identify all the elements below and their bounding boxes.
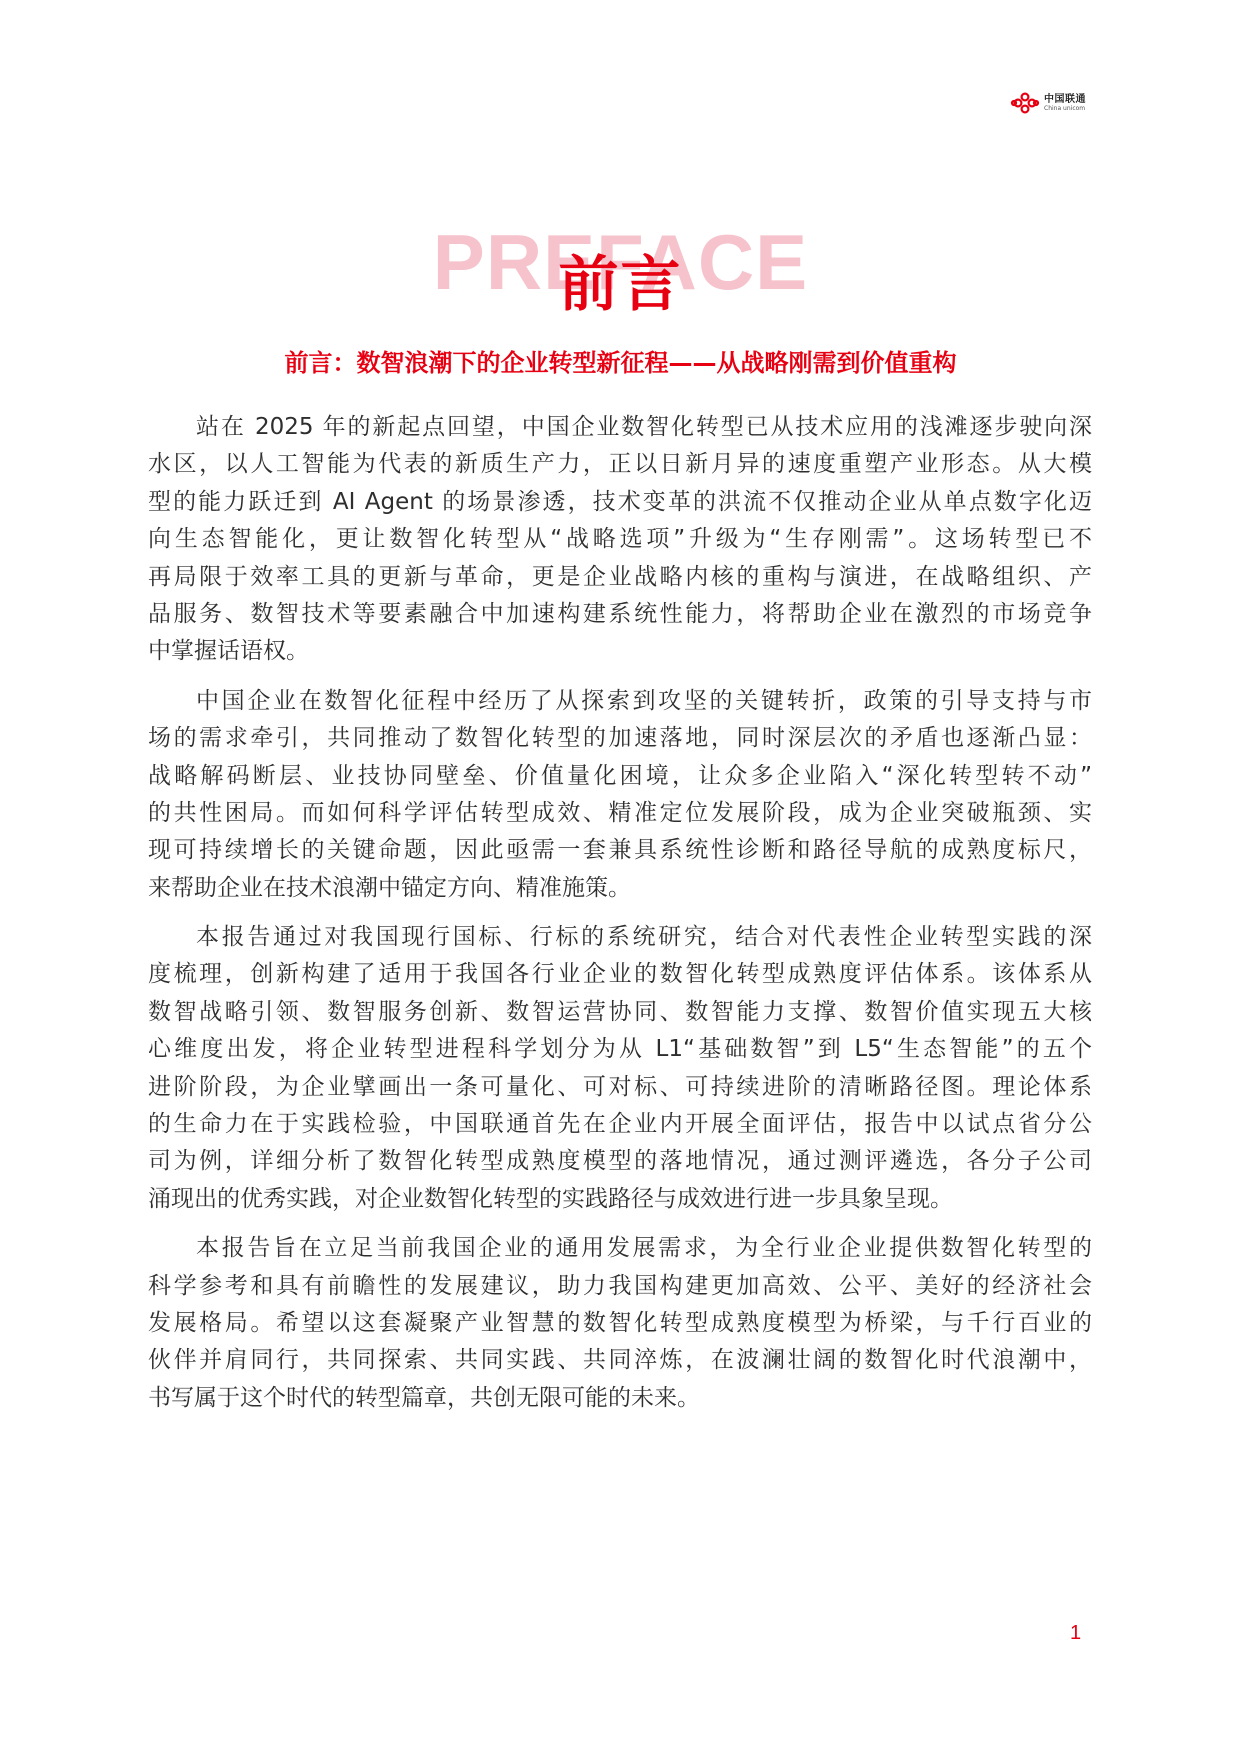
text-line: 进阶阶段，为企业擘画出一条可量化、可对标、可持续进阶的清晰路径图。理论体系 [148, 1069, 1092, 1106]
text-line: 中掌握话语权。 [148, 633, 1092, 670]
china-unicom-logo: 中国联通 China unicom [1010, 92, 1086, 114]
text-line: 品服务、数智技术等要素融合中加速构建系统性能力，将帮助企业在激烈的市场竞争 [148, 596, 1092, 633]
title-block: PREFACE 前言 [0, 222, 1241, 322]
text-line: 型的能力跃迁到 AI Agent 的场景渗透，技术变革的洪流不仅推动企业从单点数… [148, 484, 1092, 521]
text-line: 发展格局。希望以这套凝聚产业智慧的数智化转型成熟度模型为桥梁，与千行百业的 [148, 1305, 1092, 1342]
text-line: 本报告通过对我国现行国标、行标的系统研究，结合对代表性企业转型实践的深 [148, 919, 1092, 956]
text-line: 再局限于效率工具的更新与革命，更是企业战略内核的重构与演进，在战略组织、产 [148, 559, 1092, 596]
text-line: 的生命力在于实践检验，中国联通首先在企业内开展全面评估，报告中以试点省分公 [148, 1106, 1092, 1143]
text-line: 的共性困局。而如何科学评估转型成效、精准定位发展阶段，成为企业突破瓶颈、实 [148, 795, 1092, 832]
logo-name-cn: 中国联通 [1044, 95, 1086, 105]
text-line: 向生态智能化，更让数智化转型从“战略选项”升级为“生存刚需”。这场转型已不 [148, 521, 1092, 558]
paragraph-2: 中国企业在数智化征程中经历了从探索到攻坚的关键转折，政策的引导支持与市 场的需求… [148, 683, 1092, 907]
page-title: 前言 [0, 250, 1241, 320]
text-line: 来帮助企业在技术浪潮中锚定方向、精准施策。 [148, 870, 1092, 907]
text-line: 中国企业在数智化征程中经历了从探索到攻坚的关键转折，政策的引导支持与市 [148, 683, 1092, 720]
text-line: 站在 2025 年的新起点回望，中国企业数智化转型已从技术应用的浅滩逐步驶向深 [148, 409, 1092, 446]
logo-name-en: China unicom [1044, 106, 1086, 112]
text-line: 场的需求牵引，共同推动了数智化转型的加速落地，同时深层次的矛盾也逐渐凸显： [148, 720, 1092, 757]
page-number: 1 [1070, 1622, 1081, 1645]
text-line: 伙伴并肩同行，共同探索、共同实践、共同淬炼，在波澜壮阔的数智化时代浪潮中， [148, 1342, 1092, 1379]
paragraph-4: 本报告旨在立足当前我国企业的通用发展需求，为全行业企业提供数智化转型的 科学参考… [148, 1230, 1092, 1417]
logo-text: 中国联通 China unicom [1044, 95, 1086, 112]
text-line: 涌现出的优秀实践，对企业数智化转型的实践路径与成效进行进一步具象呈现。 [148, 1181, 1092, 1218]
text-line: 本报告旨在立足当前我国企业的通用发展需求，为全行业企业提供数智化转型的 [148, 1230, 1092, 1267]
page-subtitle: 前言：数智浪潮下的企业转型新征程——从战略刚需到价值重构 [0, 346, 1241, 380]
china-unicom-knot-icon [1010, 92, 1040, 114]
text-line: 度梳理，创新构建了适用于我国各行业企业的数智化转型成熟度评估体系。该体系从 [148, 956, 1092, 993]
paragraph-1: 站在 2025 年的新起点回望，中国企业数智化转型已从技术应用的浅滩逐步驶向深 … [148, 409, 1092, 671]
text-line: 战略解码断层、业技协同壁垒、价值量化困境，让众多企业陷入“深化转型转不动” [148, 758, 1092, 795]
text-line: 水区，以人工智能为代表的新质生产力，正以日新月异的速度重塑产业形态。从大模 [148, 446, 1092, 483]
text-line: 书写属于这个时代的转型篇章，共创无限可能的未来。 [148, 1380, 1092, 1417]
text-line: 现可持续增长的关键命题，因此亟需一套兼具系统性诊断和路径导航的成熟度标尺， [148, 832, 1092, 869]
body-content: 站在 2025 年的新起点回望，中国企业数智化转型已从技术应用的浅滩逐步驶向深 … [148, 409, 1092, 1429]
text-line: 心维度出发，将企业转型进程科学划分为从 L1“基础数智”到 L5“生态智能”的五… [148, 1031, 1092, 1068]
text-line: 科学参考和具有前瞻性的发展建议，助力我国构建更加高效、公平、美好的经济社会 [148, 1268, 1092, 1305]
text-line: 司为例，详细分析了数智化转型成熟度模型的落地情况，通过测评遴选，各分子公司 [148, 1143, 1092, 1180]
text-line: 数智战略引领、数智服务创新、数智运营协同、数智能力支撑、数智价值实现五大核 [148, 994, 1092, 1031]
paragraph-3: 本报告通过对我国现行国标、行标的系统研究，结合对代表性企业转型实践的深 度梳理，… [148, 919, 1092, 1218]
